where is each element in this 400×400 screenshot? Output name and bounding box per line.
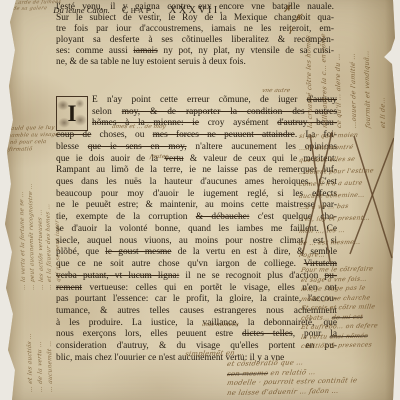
text-line: se d'auoir la volonté bonne, quand les i… <box>56 224 337 236</box>
scanned-book-page-photo: l'esté venu, il y gaigna contre eux enco… <box>0 0 400 400</box>
text-line: coup de choses, ou mes forces ne peuuent… <box>56 130 337 142</box>
text-line: pas pourtant l'essence: car le profit, l… <box>56 294 337 306</box>
margin-note-right-rotated-top: la cruauté cõtre les homesmille autres l… <box>303 0 396 128</box>
interlinear-correction: fautes <box>149 154 168 160</box>
margin-note-top-left: …arde de fuméesde sa galere <box>13 0 67 12</box>
interlinear-correction: ansi nõmées <box>201 322 239 328</box>
text-line: ne, & de sa table ne luy estoient seruis… <box>56 57 334 68</box>
text-line: nous exerçons lors, elles peuuent estre … <box>56 329 337 341</box>
margin-note-right-lower: Pour me le cõtrefaireet sage a vne fois…… <box>301 266 398 352</box>
printed-paragraph-body: E n'ay point cette erreur cõmune, de iug… <box>56 95 337 365</box>
text-line: … qui ne se peut iuger … <box>52 149 64 291</box>
text-line: que ce ne soit autre chose qu'vn iargon … <box>56 259 337 271</box>
text-line: selon moy, & de rapporter la condition d… <box>56 107 337 119</box>
text-line: E n'ay point cette erreur cõmune, de iug… <box>56 95 337 107</box>
text-line: beaucoup pour moy d'auoir le iugement re… <box>56 189 337 201</box>
text-line: ques dans les nuës la hauteur d'aucunes … <box>56 177 337 189</box>
interlinear-correction: vne autre <box>261 88 290 94</box>
text-line: ne le peuuẽt estre; & maintenir, au moin… <box>56 200 337 212</box>
text-line: verba putant, vt lucum ligna: il ne se r… <box>56 271 337 283</box>
text-line: ployant sa desferte à ses cõtinuelles li… <box>56 35 334 46</box>
text-line: et li de… <box>373 0 390 129</box>
text-line: hõmes à la mienne: ie croy aysément d'au… <box>56 118 337 130</box>
deletion-cross-strokes <box>296 126 398 268</box>
text-line: à les produire. La iustice, la vaillance… <box>56 318 337 330</box>
text-line: tumance, & autres telles causes estrange… <box>56 306 337 318</box>
text-line: l'esté venu, il y gaigna contre eux enco… <box>56 2 334 13</box>
text-line: Sur le subiect de vestir, le Roy de la M… <box>56 13 334 24</box>
text-line: ne laisse d'aduenir … fac̃on … <box>226 386 399 399</box>
ink-x-mark: ✗ <box>294 13 302 24</box>
margin-note-left-rotated-lower: … et les auctiõs …… de la vertu …… aucun… <box>26 300 56 392</box>
ink-speck <box>2 246 6 251</box>
text-line: rement vertueuse: celles qui en portẽt l… <box>56 283 337 295</box>
paper-sheet: l'esté venu, il y gaigna contre eux enco… <box>0 0 400 400</box>
margin-note-left-rotated-upper: … la vertu et la fortune ne se …… peut a… <box>20 150 64 290</box>
text-line: que ie dois auoir de la vertu & valeur d… <box>56 154 337 166</box>
text-line: de sa galere <box>12 5 67 12</box>
ink-squiggle-mark: γ <box>288 25 293 35</box>
text-line: tie, exempte de la corruption & débauche… <box>56 212 337 224</box>
text-line: … aucunemãt … <box>44 299 56 393</box>
text-line: Rampant au limõ de la terre, ie ne laiss… <box>56 165 337 177</box>
ink-x-mark: ✗ <box>283 4 291 15</box>
text-line: ses: comme aussi iamais ny pot, ny plat,… <box>56 46 334 57</box>
interlinear-correction: ames et … de moy <box>111 124 166 130</box>
printed-paragraph-top: l'esté venu, il y gaigna contre eux enco… <box>56 2 334 68</box>
margin-note-bottom-addition: simplemẽt en …et cõsideratiõ que …son me… <box>185 350 397 399</box>
text-line: plõbé, que le goust mesme de la vertu en… <box>56 247 337 259</box>
text-line: blesse que ie sens en moy, n'altere aucu… <box>56 142 337 154</box>
text-line: siecle, auquel nous viuons, au moins pou… <box>56 236 337 248</box>
